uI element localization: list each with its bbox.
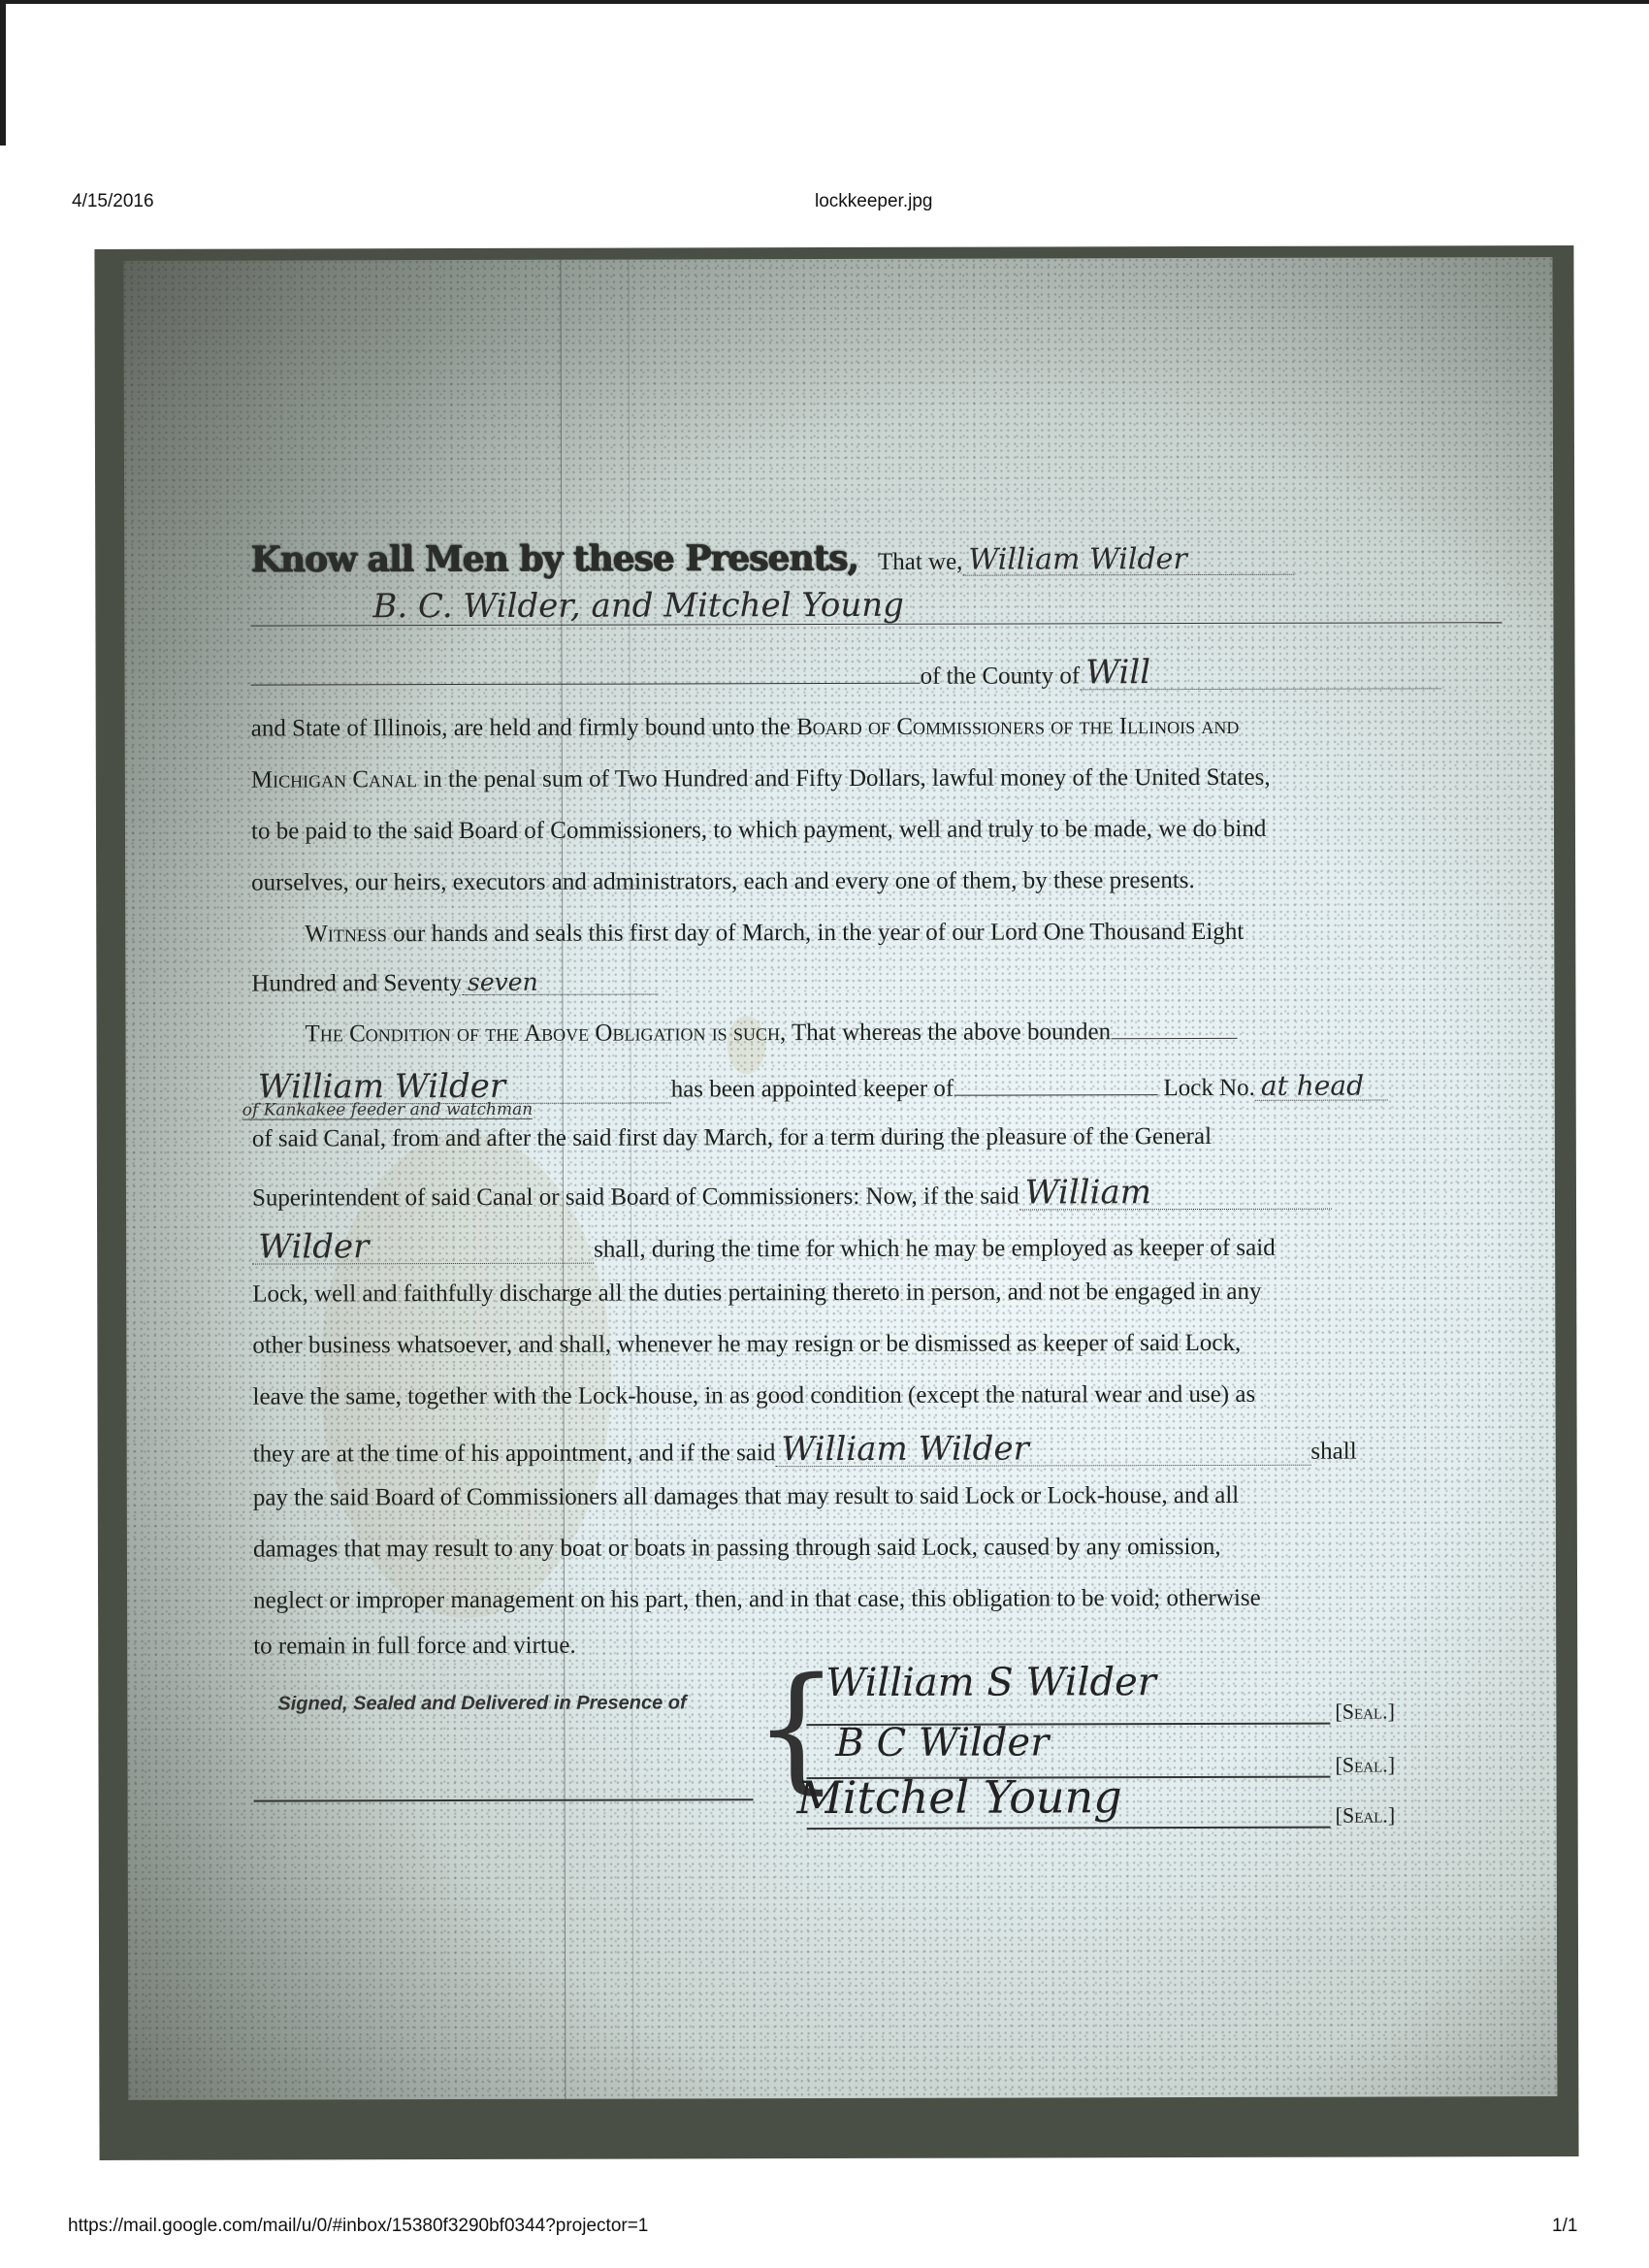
document-heading: Know all Men by these Presents, <box>250 537 858 580</box>
condition-label: The Condition of the Above Obligation is… <box>306 1020 787 1047</box>
text: in the penal sum of Two Hundred and Fift… <box>423 764 1270 793</box>
para1-line1: and State of Illinois, are held and firm… <box>251 714 1240 741</box>
blank-rule <box>1111 1038 1237 1039</box>
paper-sheet: Know all Men by these Presents, That we,… <box>123 257 1557 2100</box>
scan-edge-left <box>0 0 6 146</box>
para1-line2: Michigan Canal in the penal sum of Two H… <box>251 765 1271 793</box>
bond-document: Know all Men by these Presents, That we,… <box>249 257 1501 260</box>
para4-line4: to remain in full force and virtue. <box>253 1634 576 1659</box>
heading-line: Know all Men by these Presents, That we,… <box>250 539 1294 578</box>
said-name-2: Wilder <box>252 1230 594 1265</box>
scan-edge-top <box>0 0 1649 4</box>
para1-line4: ourselves, our heirs, executors and admi… <box>251 868 1195 895</box>
text: and State of Illinois, are held and firm… <box>251 714 791 741</box>
para4-line3: neglect or improper management on his pa… <box>253 1586 1261 1613</box>
text: our hands and seals this first day of Ma… <box>393 919 1244 947</box>
scanned-document: Know all Men by these Presents, That we,… <box>94 245 1578 2160</box>
condition-line: The Condition of the Above Obligation is… <box>306 1020 1238 1047</box>
obligors-line: B. C. Wilder, and Mitchel Young <box>250 587 1502 626</box>
signature-3: Mitchel Young <box>797 1774 1122 1820</box>
print-url: https://mail.google.com/mail/u/0/#inbox/… <box>68 2216 648 2237</box>
text: Hundred and Seventy <box>251 970 462 997</box>
said-name-3: William Wilder <box>775 1432 1310 1467</box>
county-line: of the County ofWill <box>251 655 1441 692</box>
para3-line4: they are at the time of his appointment,… <box>253 1432 1357 1469</box>
year-handwritten: seven <box>462 969 658 995</box>
seal-3: [Seal.] <box>1336 1804 1396 1826</box>
text: shall, during the time for which he may … <box>594 1235 1276 1263</box>
para2-line2: Superintendent of said Canal or said Boa… <box>252 1176 1332 1213</box>
year-line: Hundred and Seventyseven <box>251 969 658 995</box>
para3-line2: other business whatsoever, and shall, wh… <box>252 1331 1241 1358</box>
keeper-line: William Wilderhas been appointed keeper … <box>252 1068 1388 1105</box>
para3-line3: leave the same, together with the Lock-h… <box>252 1382 1255 1409</box>
text: That whereas the above bounden <box>792 1019 1111 1046</box>
para4-line2: damages that may result to any boat or b… <box>253 1535 1221 1562</box>
witness-line: Witness our hands and seals this first d… <box>305 920 1244 947</box>
handwritten-annotation: of Kankakee feeder and watchman <box>242 1102 533 1120</box>
para2-line1: of said Canal, from and after the said f… <box>252 1124 1212 1151</box>
board-name: Board of Commissioners of the Illinois a… <box>796 713 1239 740</box>
print-date: 4/15/2016 <box>72 191 154 212</box>
witness-signature-line <box>254 1798 754 1801</box>
that-we-label: That we, <box>878 549 963 575</box>
lock-no-label: Lock No. <box>1163 1075 1254 1101</box>
seal-1: [Seal.] <box>1335 1701 1395 1722</box>
seal-2: [Seal.] <box>1335 1754 1395 1775</box>
text: has been appointed keeper of <box>671 1076 954 1103</box>
county-label: of the County of <box>921 663 1081 689</box>
blank-rule <box>954 1094 1157 1096</box>
blank-rule <box>251 683 921 686</box>
print-title: lockkeeper.jpg <box>815 191 932 212</box>
para3-line1: Lock, well and faithfully discharge all … <box>252 1280 1261 1307</box>
principal-name: William Wilder <box>962 545 1294 576</box>
canal-name: Michigan Canal <box>251 766 417 793</box>
para4-line1: pay the said Board of Commissioners all … <box>253 1483 1239 1510</box>
signature-line-3 <box>807 1827 1331 1830</box>
para1-line3: to be paid to the said Board of Commissi… <box>251 817 1266 844</box>
signature-2: B C Wilder <box>835 1723 1049 1763</box>
co-obligors: B. C. Wilder, and Mitchel Young <box>367 589 910 623</box>
shall-line: Wildershall, during the time for which h… <box>252 1228 1276 1265</box>
said-name-1: William <box>1019 1176 1332 1211</box>
county-name: Will <box>1080 655 1440 690</box>
signature-1: William S Wilder <box>825 1663 1156 1702</box>
print-page-number: 1/1 <box>1552 2216 1577 2237</box>
signed-sealed-label: Signed, Sealed and Delivered in Presence… <box>277 1693 686 1713</box>
text: Superintendent of said Canal or said Boa… <box>252 1183 1019 1212</box>
text: they are at the time of his appointment,… <box>253 1440 776 1467</box>
text: shall <box>1310 1439 1356 1465</box>
lock-number: at head <box>1255 1073 1388 1101</box>
witness-label: Witness <box>305 921 387 947</box>
